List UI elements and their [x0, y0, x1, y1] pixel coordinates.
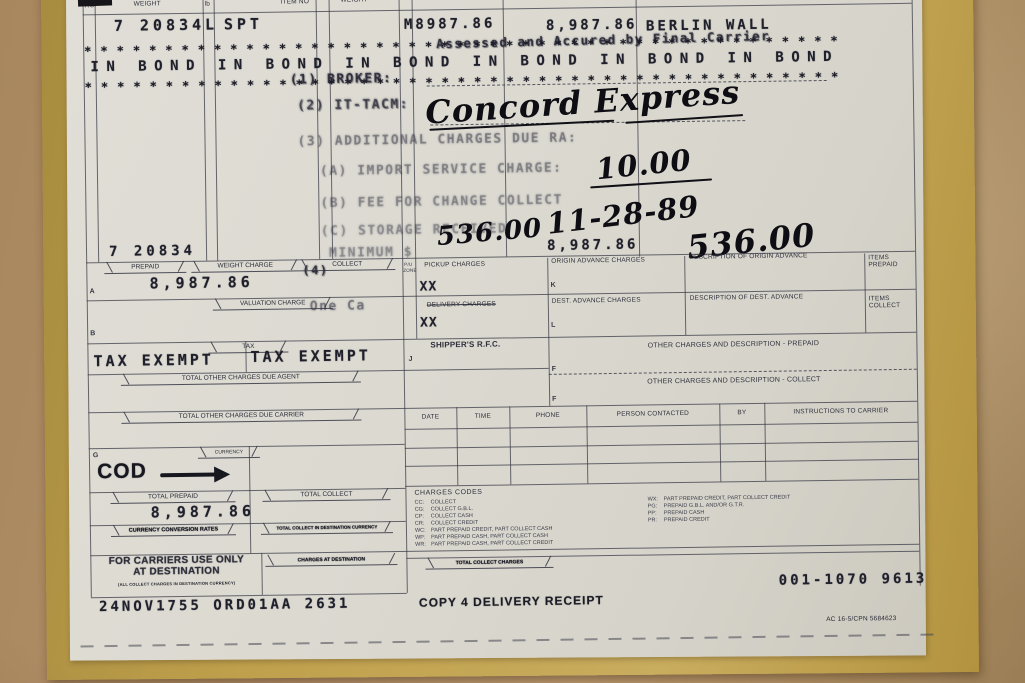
grid-line — [405, 479, 918, 487]
other-charges-prepaid-label: OTHER CHARGES AND DESCRIPTION - PREPAID — [560, 339, 906, 351]
grid-line — [547, 258, 550, 406]
grid-line — [214, 0, 219, 260]
carriers-use-label-1: FOR CARRIERS USE ONLY — [95, 556, 257, 565]
by-header: BY — [719, 409, 764, 417]
tab-due-agent: TOTAL OTHER CHARGES DUE AGENT — [121, 371, 361, 386]
row-letter-g: G — [93, 452, 99, 459]
col-header-item-no: ITEM NO — [281, 0, 310, 6]
grid-line — [329, 0, 334, 259]
grid-line — [261, 553, 263, 595]
pickup-xx: XX — [419, 279, 437, 294]
tab-conversion-rates: CURRENCY CONVERSION RATES — [111, 523, 236, 537]
code-line: WR:PART PREPAID CASH, PART COLLECT CREDI… — [415, 540, 553, 549]
pieces-weight-value: 7 20834L — [114, 15, 218, 34]
weight-charge-amount: 8,987.86 — [149, 273, 253, 292]
instructions-header: INSTRUCTIONS TO CARRIER — [764, 407, 917, 416]
dest-advance-label: DEST. ADVANCE CHARGES — [552, 297, 641, 305]
desc-dest-label: DESCRIPTION OF DEST. ADVANCE — [690, 293, 804, 302]
other-charges-collect-label: OTHER CHARGES AND DESCRIPTION - COLLECT — [561, 375, 907, 387]
grid-line — [95, 0, 100, 262]
items-collect-label2: COLLECT — [869, 302, 900, 309]
zone-box-label2: ZONE — [403, 267, 416, 274]
col-header-weight2: WEIGHT — [341, 0, 368, 4]
dashed-divider — [549, 369, 917, 375]
tax-exempt-2: TAX EXEMPT — [250, 346, 371, 366]
grid-line — [203, 0, 208, 261]
tab-collect-dest-currency: TOTAL COLLECT IN DESTINATION CURRENCY — [261, 521, 393, 535]
batch-line: 24NOV1755 ORD01AA 2631 — [99, 596, 351, 616]
form-right-border — [911, 0, 920, 586]
tab-prepaid: PREPAID — [104, 261, 186, 274]
items-prepaid-label2: PREPAID — [868, 261, 898, 268]
stamp-broker: (1) BROKER: — [290, 71, 393, 87]
grid-line — [316, 0, 321, 259]
row-letter-a: A — [90, 288, 95, 295]
charges-codes-right: WX:PART PREPAID CREDIT, PART COLLECT CRE… — [648, 495, 791, 525]
grid-line — [684, 256, 686, 335]
pieces-repeat-value: 7 20834 — [109, 243, 196, 260]
grid-line — [405, 459, 918, 467]
copy-delivery-receipt-label: COPY 4 DELIVERY RECEIPT — [419, 593, 604, 610]
photo-of-airwaybill-document: RCP WEIGHT lb ITEM NO WEIGHT 7 20834L SP… — [0, 0, 1025, 683]
stamp-it-tacm: (2) IT-TACM: — [297, 97, 409, 114]
tab-charges-at-destination: CHARGES AT DESTINATION — [265, 553, 397, 567]
row-letter-l: L — [551, 322, 555, 329]
row-letter-b: B — [90, 330, 95, 337]
handwritten-date: 11-28-89 — [545, 189, 701, 241]
stamp-fee-change: (B) FEE FOR CHANGE COLLECT — [320, 193, 563, 211]
tab-valuation-charge: VALUATION CHARGE — [213, 297, 333, 311]
person-contacted-header: PERSON CONTACTED — [586, 410, 719, 419]
cod-arrow-head — [214, 466, 230, 482]
carriers-use-sub-label: (ALL COLLECT CHARGES IN DESTINATION CURR… — [96, 579, 258, 588]
date-header: DATE — [404, 413, 456, 421]
grid-line — [405, 441, 918, 449]
row-letter-f2: F — [552, 396, 556, 403]
tax-exempt-1: TAX EXEMPT — [93, 351, 214, 371]
airwaybill-form: RCP WEIGHT lb ITEM NO WEIGHT 7 20834L SP… — [0, 0, 1025, 683]
weight-charge-value: M8987.86 — [404, 16, 496, 33]
tab-weight-charge: WEIGHT CHARGE — [191, 259, 299, 273]
cod-label: COD — [97, 460, 147, 485]
col-header-weight: WEIGHT — [134, 0, 161, 7]
shippers-rfc-label: SHIPPER'S R.F.C. — [430, 341, 500, 349]
phone-header: PHONE — [509, 411, 586, 419]
stamp-additional-charges: (3) ADDITIONAL CHARGES DUE RA: — [297, 130, 577, 149]
charges-codes-title: CHARGES CODES — [414, 489, 482, 497]
handwritten-storage-amount: 536.00 — [436, 213, 544, 252]
typed-mid-amount: 8,987.86 — [547, 237, 639, 254]
tab-total-collect: TOTAL COLLECT — [262, 488, 390, 502]
row-letter-f1: F — [552, 366, 556, 373]
grid-line — [249, 446, 251, 553]
row-letter-j: J — [409, 356, 413, 363]
carriers-use-label-2: AT DESTINATION — [95, 567, 257, 576]
cod-arrow-shaft — [160, 473, 218, 478]
item-value: SPT — [224, 15, 263, 34]
grid-line — [864, 253, 866, 332]
tab-total-collect-charges: TOTAL COLLECT CHARGES — [425, 556, 553, 570]
time-header: TIME — [456, 412, 509, 420]
code-line: PR:PREPAID CREDIT — [648, 516, 791, 525]
total-prepaid-amount: 8,987.86 — [151, 502, 255, 521]
row-letter-k: K — [551, 282, 556, 289]
grid-line — [405, 422, 918, 430]
stamp-import-charge: (A) IMPORT SERVICE CHARGE: — [320, 161, 563, 179]
tab-due-carrier: TOTAL OTHER CHARGES DUE CARRIER — [121, 409, 361, 424]
origin-advance-label: ORIGIN ADVANCE CHARGES — [551, 257, 645, 265]
perforation-line — [81, 633, 937, 647]
col-header-lb: lb — [205, 1, 211, 8]
form-number: AC 16-5/CPN 5684623 — [826, 615, 896, 623]
delivery-charges-label: DELIVERY CHARGES — [427, 301, 496, 309]
serial-number: 001-1070 9613 — [779, 571, 928, 589]
delivery-xx: XX — [420, 315, 438, 330]
pickup-charges-label: PICKUP CHARGES — [424, 261, 485, 269]
tab-currency: CURRENCY — [198, 446, 260, 459]
charges-codes-left: CC:COLLECT CG:COLLECT G.B.L. CP:COLLECT … — [415, 498, 554, 549]
tab-collect: COLLECT — [299, 258, 395, 271]
desc-origin-label: DESCRIPTION OF ORIGIN ADVANCE — [689, 252, 807, 261]
